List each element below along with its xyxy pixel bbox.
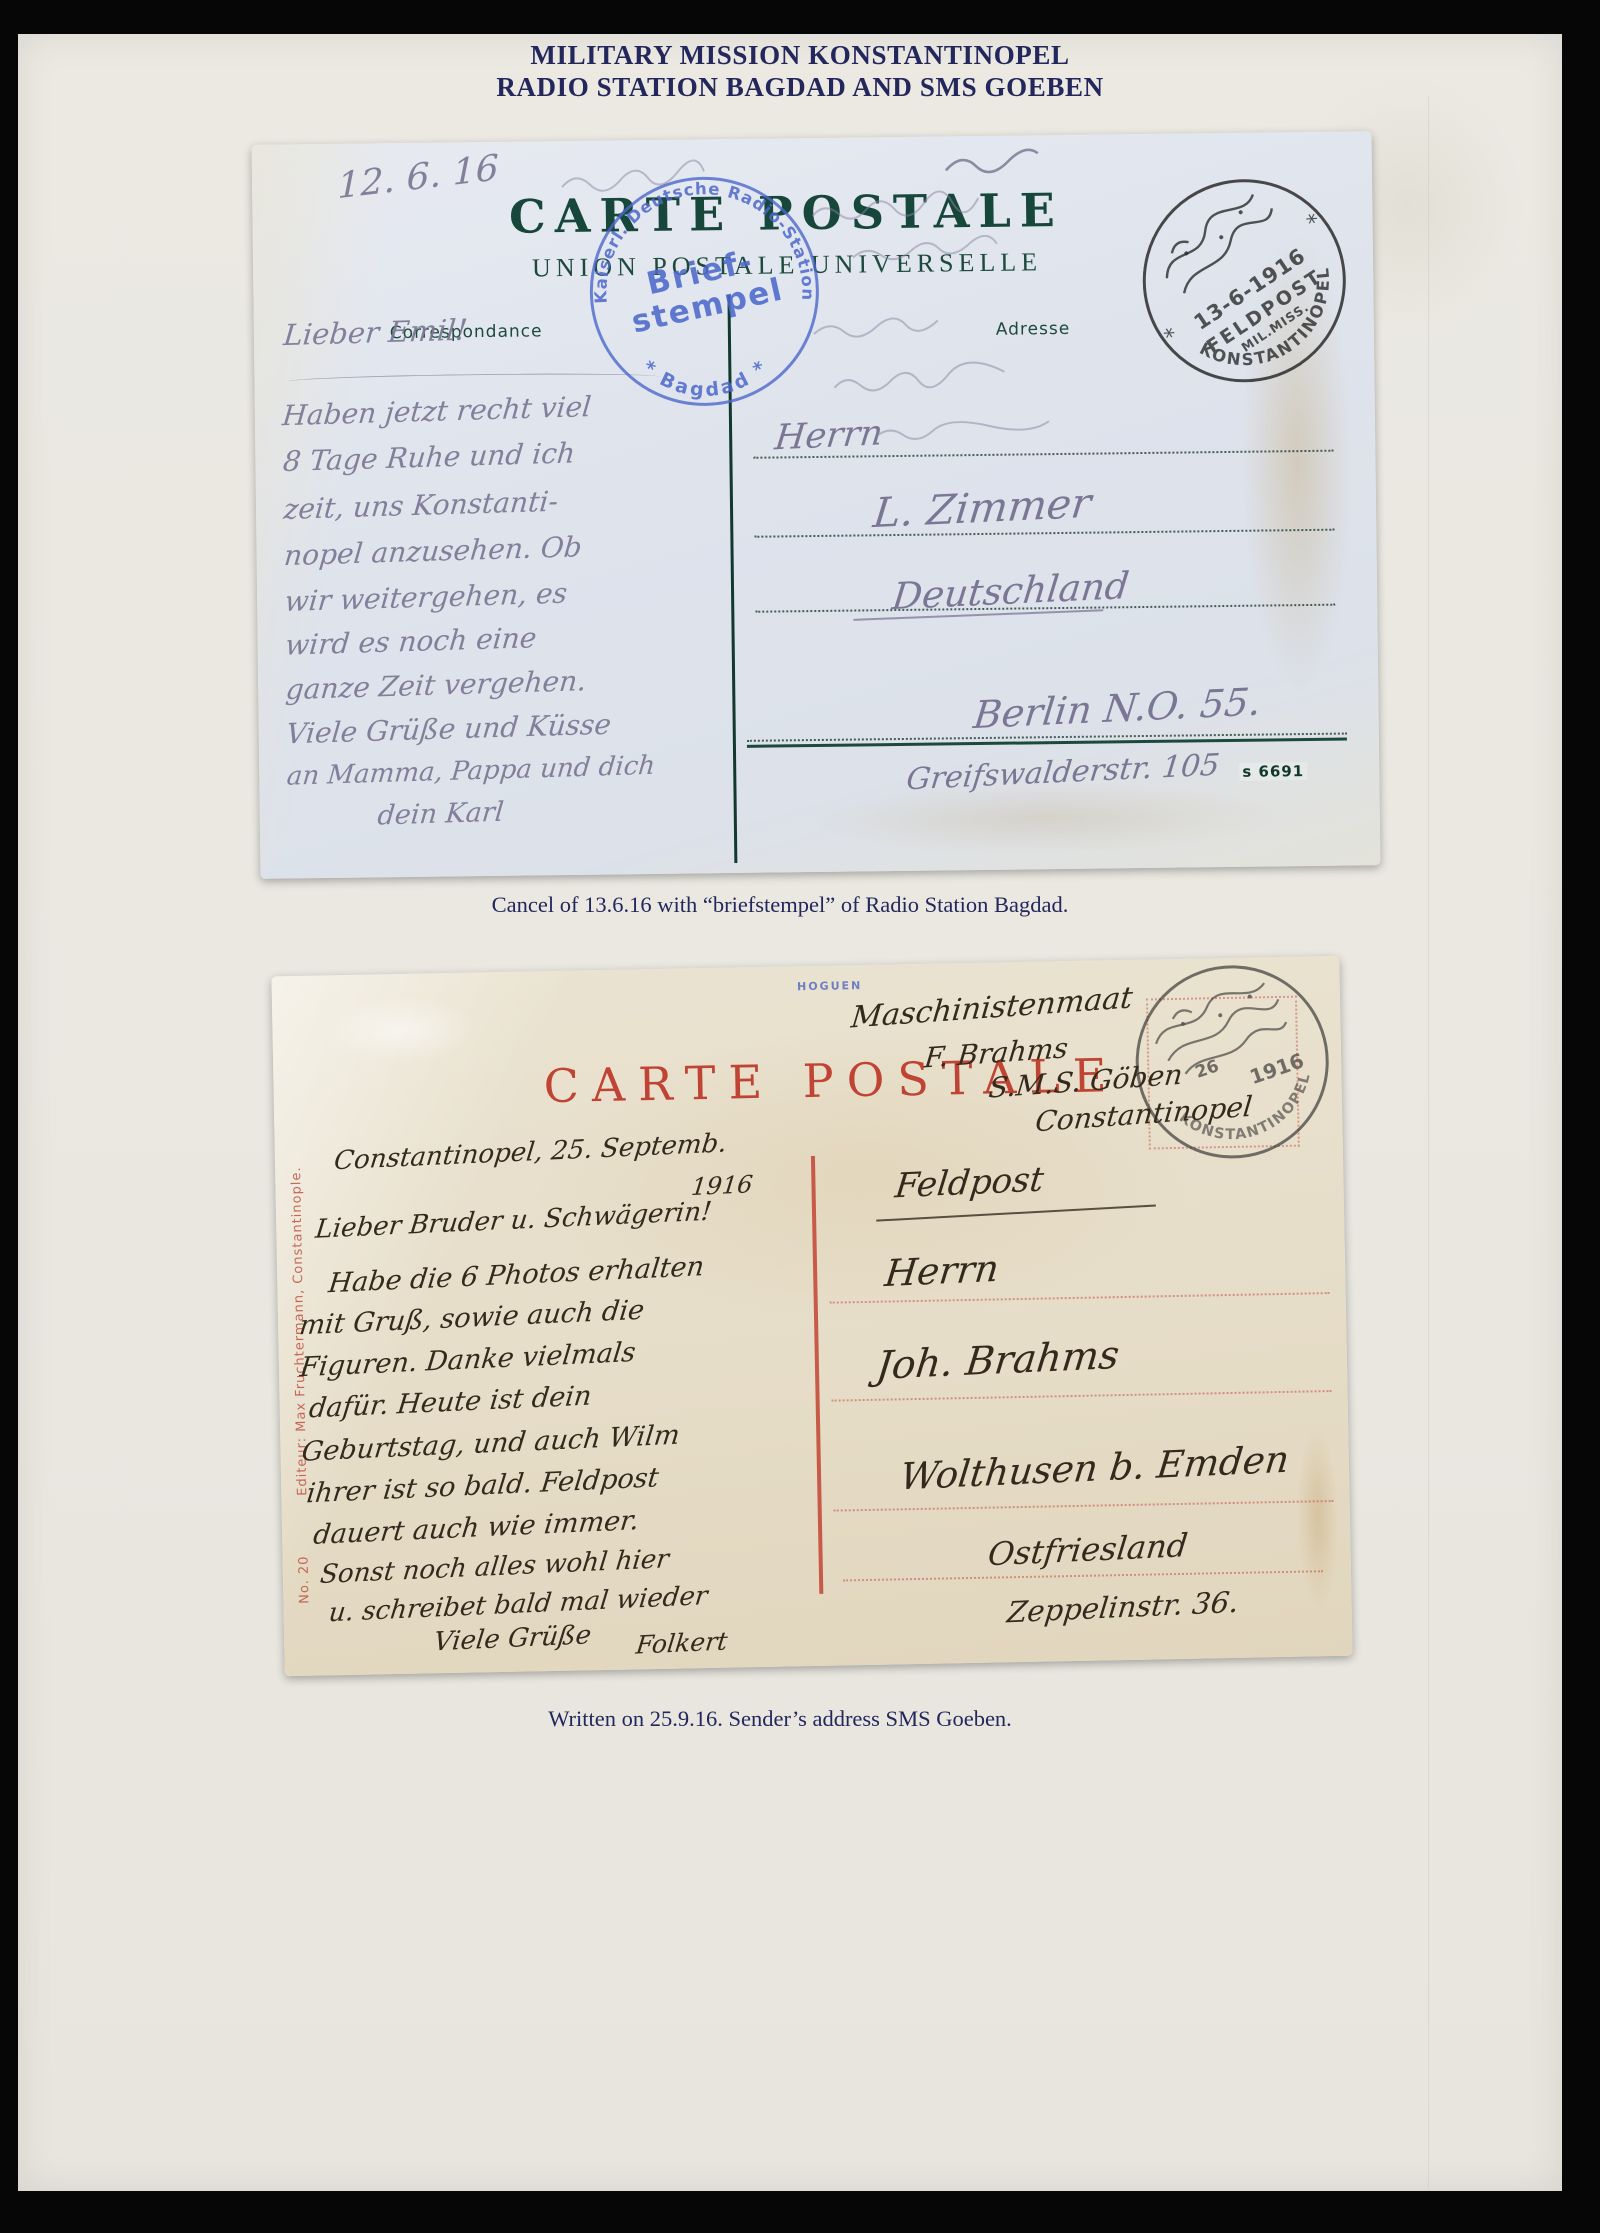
address-rule (843, 1570, 1323, 1581)
caption-card1: Cancel of 13.6.16 with “briefstempel” of… (0, 892, 1560, 918)
album-scan: MILITARY MISSION KONSTANTINOPEL RADIO ST… (0, 0, 1600, 2233)
message-line: nopel anzusehen. Ob (283, 530, 584, 572)
postcard2-publisher-number: No. 20 (296, 1524, 313, 1604)
address-line: Herrn (883, 1247, 1002, 1295)
message-line: Folkert (634, 1626, 729, 1659)
message-line: wir weitergehen, es (283, 577, 568, 618)
message-line: Sonst noch alles wohl hier (319, 1544, 671, 1590)
message-line: Viele Grüße (432, 1620, 593, 1657)
address-line: Herrn (773, 413, 885, 458)
address-line: L. Zimmer (871, 479, 1094, 537)
page-title-line2: RADIO STATION BAGDAD AND SMS GOEBEN (0, 72, 1600, 103)
address-line: Ostfriesland (986, 1526, 1190, 1573)
message-line: Figuren. Danke vielmals (299, 1337, 638, 1383)
message-line: mit Gruß, sowie auch die (298, 1295, 646, 1342)
message-line: 8 Tage Ruhe und ich (282, 436, 577, 478)
message-line: an Mamma, Pappa und dich (286, 751, 657, 792)
message-line: Habe die 6 Photos erhalten (327, 1251, 706, 1299)
postcard-2: HOGUEN CARTE POSTALE Editeur: Max Frucht… (271, 956, 1352, 1676)
message-line: Constantinopel, 25. Septemb. (333, 1128, 729, 1176)
postcard2-divider (811, 1156, 823, 1594)
postcard1-label-adresse: Adresse (996, 319, 1071, 340)
message-line: Geburtstag, und auch Wilm (300, 1420, 681, 1468)
message-line: Viele Grüße und Küsse (285, 708, 613, 751)
message-line: ganze Zeit vergehen. (284, 664, 587, 706)
postcard1-serial: s 6691 (1239, 762, 1307, 781)
message-line: Lieber Bruder u. Schwägerin! (314, 1197, 713, 1245)
address-line: Joh. Brahms (874, 1333, 1122, 1389)
message-line: u. schreibet bald mal wieder (327, 1581, 709, 1628)
message-line: dauert auch wie immer. (312, 1505, 641, 1551)
address-rule (754, 529, 1334, 538)
address-line: Wolthusen b. Emden (898, 1438, 1291, 1499)
address-line: Feldpost (893, 1160, 1046, 1207)
postcard2-publisher-mark: HOGUEN (720, 977, 940, 994)
postmark2-day: 26 (1193, 1056, 1222, 1083)
message-line: ihrer ist so bald. Feldpost (305, 1462, 660, 1509)
address-line: Greifswalderstr. 105 (905, 748, 1222, 798)
message-line: Haben jetzt recht viel (281, 390, 593, 432)
postcard-1: 12. 6. 16 CARTE POSTALE UNION POSTALE UN… (252, 131, 1381, 879)
postmark-star-left: * (1160, 323, 1183, 350)
message-line: zeit, uns Konstanti- (282, 485, 559, 526)
page-crease (1428, 96, 1430, 2188)
message-line: dein Karl (376, 797, 505, 832)
page-title-line1: MILITARY MISSION KONSTANTINOPEL (0, 40, 1600, 71)
message-line: dafür. Heute ist dein (307, 1381, 593, 1425)
caption-card2: Written on 25.9.16. Sender’s address SMS… (0, 1706, 1560, 1732)
briefstempel-stamp: Kaiserl. Deutsche Radio-Station * Bagdad… (578, 165, 831, 418)
feldpost-postmark: * * 13-6-1916 FELDPOST MIL.MISS. KONSTAN… (1096, 132, 1393, 429)
message-line: wird es noch eine (284, 621, 538, 661)
hand-underline (876, 1204, 1156, 1221)
postmark-star-right: * (1303, 209, 1326, 236)
address-rule (832, 1390, 1332, 1402)
address-line: Zeppelinstr. 36. (1005, 1585, 1240, 1630)
address-rule (834, 1500, 1334, 1512)
address-line: Berlin N.O. 55. (971, 680, 1263, 738)
message-line: Lieber Emil! (282, 313, 469, 352)
